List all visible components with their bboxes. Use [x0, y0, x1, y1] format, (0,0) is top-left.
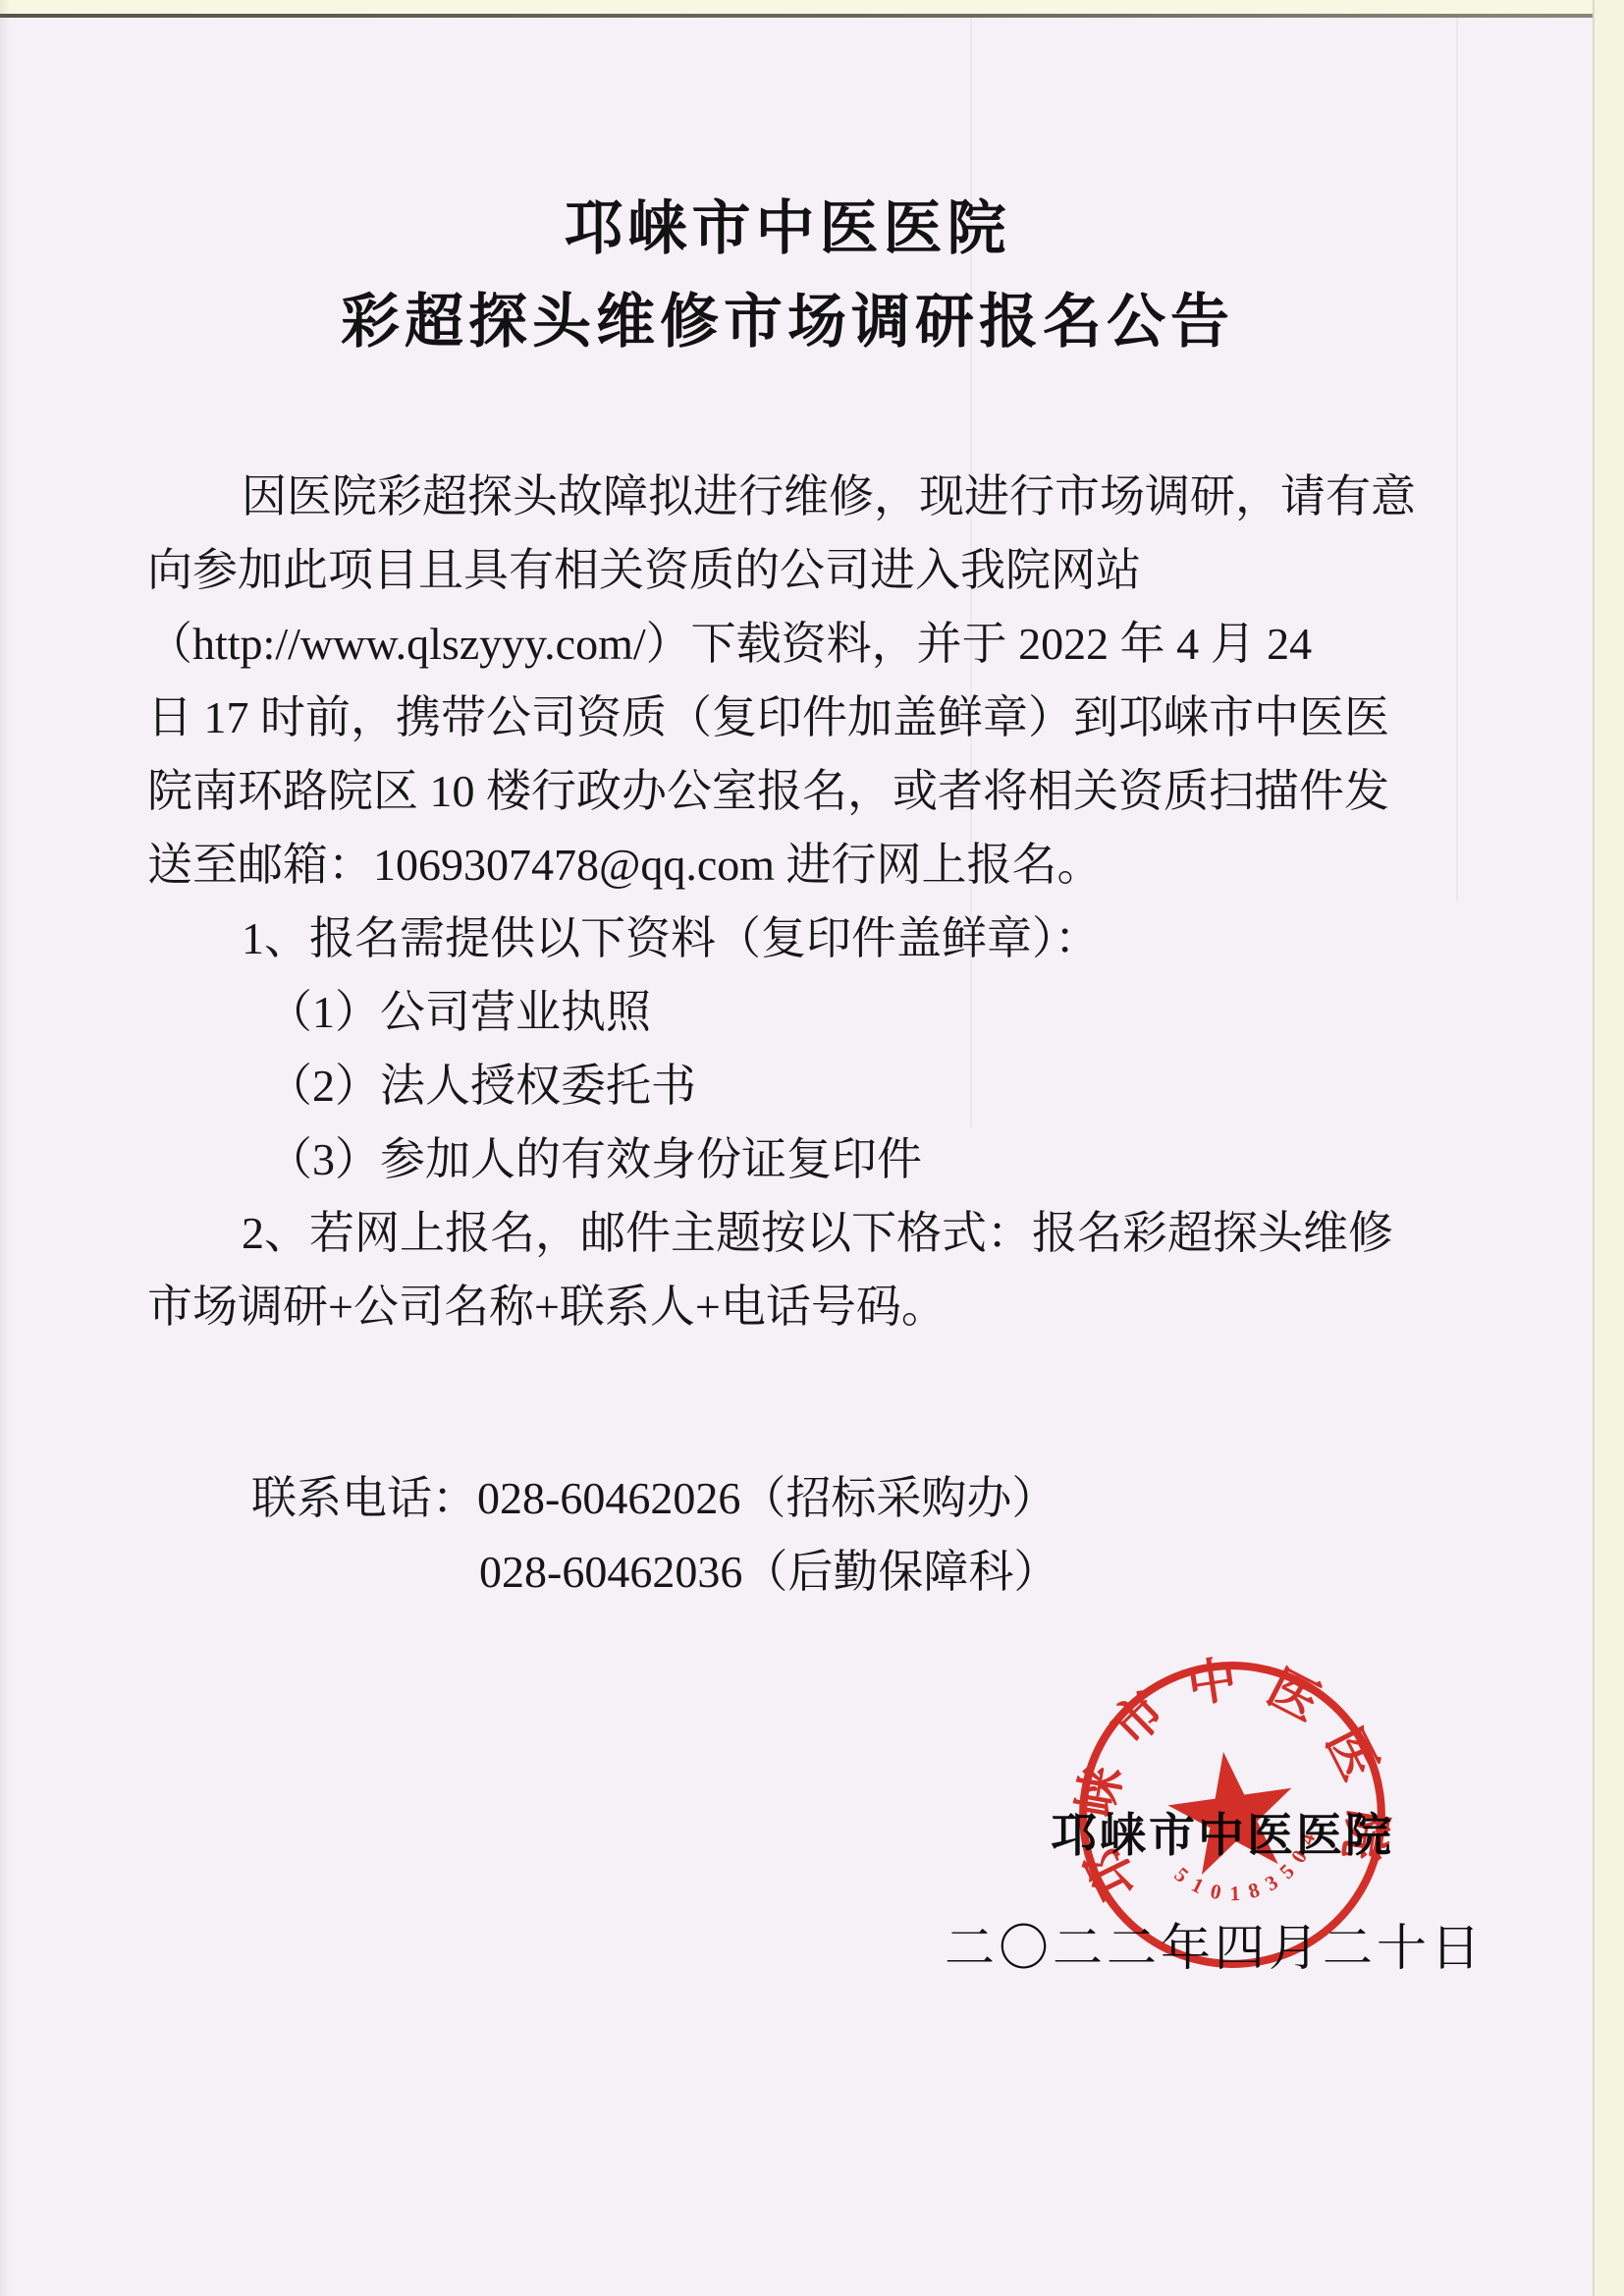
document-body: 因医院彩超探头故障拟进行维修，现进行市场调研，请有意向参加此项目且具有相关资质的…	[147, 460, 1432, 1609]
contact-block: 联系电话：028-60462026（招标采购办） 028-60462036（后勤…	[147, 1461, 1432, 1609]
body-line: （3）参加人的有效身份证复印件	[147, 1122, 1432, 1196]
official-seal: 邛崃市中医医院 5101835049	[1053, 1635, 1412, 1995]
body-line: 向参加此项目且具有相关资质的公司进入我院网站	[147, 533, 1432, 607]
body-line: 日 17 时前，携带公司资质（复印件加盖鲜章）到邛崃市中医医	[147, 681, 1432, 754]
title-line-2: 彩超探头维修市场调研报名公告	[147, 276, 1428, 369]
title-line-1: 邛崃市中医医院	[147, 183, 1428, 276]
scan-edge-line	[0, 14, 1624, 18]
contact-phone-2: 028-60462036（后勤保障科）	[147, 1535, 1432, 1609]
contact-phone-1: 联系电话：028-60462026（招标采购办）	[147, 1461, 1432, 1535]
body-line: （1）公司营业执照	[147, 975, 1432, 1049]
scan-edge-right	[1593, 0, 1624, 2296]
scan-edge-left-shade	[0, 0, 10, 2296]
body-paragraphs: 因医院彩超探头故障拟进行维修，现进行市场调研，请有意向参加此项目且具有相关资质的…	[147, 460, 1432, 1343]
paper-crease	[1456, 18, 1458, 902]
seal-star-icon	[1162, 1743, 1302, 1878]
body-line: 市场调研+公司名称+联系人+电话号码。	[147, 1270, 1432, 1343]
body-line: 因医院彩超探头故障拟进行维修，现进行市场调研，请有意	[147, 460, 1432, 533]
document-title: 邛崃市中医医院 彩超探头维修市场调研报名公告	[147, 183, 1428, 369]
body-line: 送至邮箱：1069307478@qq.com 进行网上报名。	[147, 828, 1432, 902]
body-line: （http://www.qlszyyy.com/）下载资料，并于 2022 年 …	[147, 607, 1432, 681]
body-line: （2）法人授权委托书	[147, 1049, 1432, 1122]
body-line: 院南环路院区 10 楼行政办公室报名，或者将相关资质扫描件发	[147, 754, 1432, 828]
body-line: 2、若网上报名，邮件主题按以下格式：报名彩超探头维修	[147, 1196, 1432, 1270]
scanned-announcement-page: 邛崃市中医医院 彩超探头维修市场调研报名公告 因医院彩超探头故障拟进行维修，现进…	[0, 0, 1624, 2296]
scan-edge-top	[0, 0, 1624, 14]
body-line: 1、报名需提供以下资料（复印件盖鲜章）：	[147, 902, 1432, 975]
